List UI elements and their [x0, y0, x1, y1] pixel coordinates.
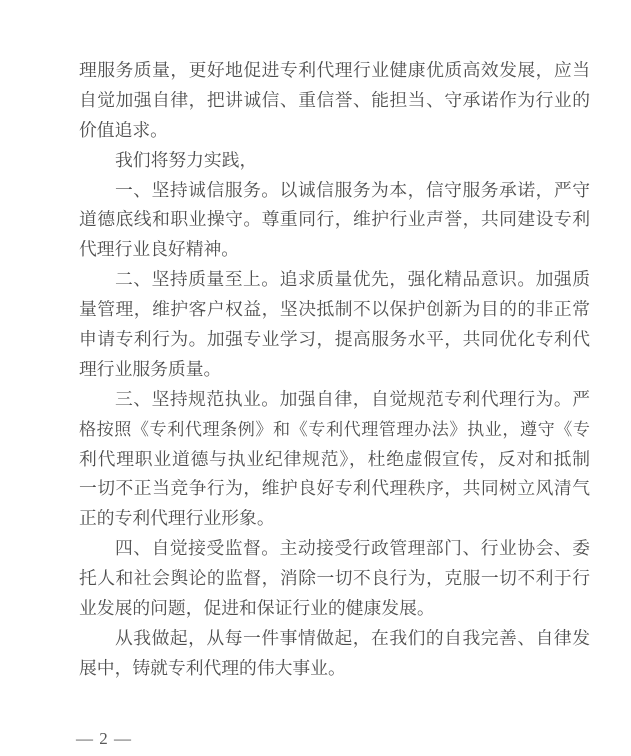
- text-line: 代理行业良好精神。: [79, 235, 590, 265]
- page-number: — 2 —: [76, 729, 132, 749]
- text-line: 托人和社会舆论的监督，消除一切不良行为，克服一切不利于行: [79, 564, 590, 594]
- text-line: 二、坚持质量至上。追求质量优先，强化精品意识。加强质: [79, 265, 590, 295]
- text-line: 格按照《专利代理条例》和《专利代理管理办法》执业，遵守《专: [79, 415, 590, 445]
- document-page: 理服务质量，更好地促进专利代理行业健康优质高效发展，应当自觉加强自律，把讲诚信、…: [0, 0, 631, 756]
- text-line: 申请专利行为。加强专业学习，提高服务水平，共同优化专利代: [79, 325, 590, 355]
- text-line: 价值追求。: [79, 116, 590, 146]
- document-text: 理服务质量，更好地促进专利代理行业健康优质高效发展，应当自觉加强自律，把讲诚信、…: [79, 56, 590, 684]
- text-line: 一、坚持诚信服务。以诚信服务为本，信守服务承诺，严守: [79, 176, 590, 206]
- text-line: 四、自觉接受监督。主动接受行政管理部门、行业协会、委: [79, 534, 590, 564]
- text-line: 量管理，维护客户权益，坚决抵制不以保护创新为目的的非正常: [79, 295, 590, 325]
- text-line: 自觉加强自律，把讲诚信、重信誉、能担当、守承诺作为行业的: [79, 86, 590, 116]
- text-line: 正的专利代理行业形象。: [79, 504, 590, 534]
- text-line: 理服务质量，更好地促进专利代理行业健康优质高效发展，应当: [79, 56, 590, 86]
- text-line: 一切不正当竞争行为，维护良好专利代理秩序，共同树立风清气: [79, 474, 590, 504]
- text-line: 道德底线和职业操守。尊重同行，维护行业声誉，共同建设专利: [79, 205, 590, 235]
- text-line: 展中，铸就专利代理的伟大事业。: [79, 654, 590, 684]
- text-line: 从我做起，从每一件事情做起，在我们的自我完善、自律发: [79, 624, 590, 654]
- text-line: 我们将努力实践，: [79, 146, 590, 176]
- text-line: 三、坚持规范执业。加强自律，自觉规范专利代理行为。严: [79, 385, 590, 415]
- text-line: 利代理职业道德与执业纪律规范》，杜绝虚假宣传，反对和抵制: [79, 445, 590, 475]
- text-line: 业发展的问题，促进和保证行业的健康发展。: [79, 594, 590, 624]
- text-line: 理行业服务质量。: [79, 355, 590, 385]
